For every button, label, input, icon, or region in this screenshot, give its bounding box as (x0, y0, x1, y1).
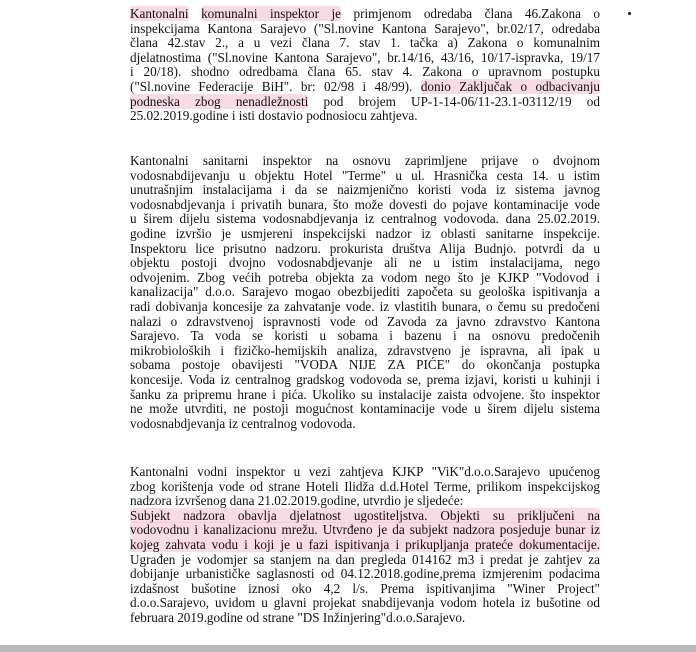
paragraph-komunalni-inspector: Kantonalni komunalni inspektor je primje… (130, 7, 600, 124)
text-segment: Ugrađen je vodomjer sa stanjem na dan pr… (130, 552, 600, 567)
text-segment: koncesije. Voda iz centralnog gradskog v… (130, 372, 600, 387)
highlighted-text: podneska zbog nenadležnosti (130, 94, 308, 109)
text-line: podneska zbog nenadležnosti pod brojem U… (130, 95, 600, 110)
text-segment: Kantonalni vodni inspektor u vezi zahtje… (130, 464, 600, 479)
text-segment: kanalizacija" d.o.o. Sarajevo mogao obez… (130, 284, 600, 299)
highlighted-text: komunalni inspektor je (201, 6, 341, 21)
text-line: zbog korištenja vode od strane Hoteli Il… (130, 480, 600, 495)
text-line: vodosnabdjevanja i privatih bunara, što … (130, 198, 600, 213)
scanned-document-page: Kantonalni komunalni inspektor je primje… (0, 0, 696, 645)
paragraph-vodni-inspector: Kantonalni vodni inspektor u vezi zahtje… (130, 465, 600, 626)
text-segment: primjenom odredaba člana 46.Zakona o (341, 6, 600, 21)
text-line: Sarajevo. Ta voda se koristi u sobama i … (130, 329, 600, 344)
highlighted-text: Kantonalni (130, 6, 189, 21)
text-line: u širem dijelu sistema vodosnabdjevanja … (130, 212, 600, 227)
text-line: objektu postoji dvojno vodosnabdjevanje … (130, 256, 600, 271)
text-line: Kantonalni vodni inspektor u vezi zahtje… (130, 465, 600, 480)
text-line: Kantonalni komunalni inspektor je primje… (130, 7, 600, 22)
text-line: inspekcijama Kantona Sarajevo ("Sl.novin… (130, 22, 600, 37)
text-line: djelatnostima ("Sl.novine Kantona Saraje… (130, 51, 600, 66)
text-line: ne može utvrditi, ne postoji mogućnost k… (130, 402, 600, 417)
text-line: dobijanje urbanističke saglasnosti od 04… (130, 567, 600, 582)
highlighted-text: donio Zaključak o odbacivanju (421, 79, 600, 94)
text-line: sobama postoje obavijesti "VODA NIJE ZA … (130, 358, 600, 373)
text-line: izdašnost bušotine iznosi oko 4,2 l/s. P… (130, 582, 600, 597)
text-line: unutrašnjim instalacijama i da se naizmj… (130, 183, 600, 198)
text-line: mikrobioloških i fizičko-hemijskih anali… (130, 344, 600, 359)
text-segment: mikrobioloških i fizičko-hemijskih anali… (130, 343, 600, 358)
highlighted-text: kojeg zahvata vodu i koji je u fazi ispi… (130, 537, 600, 552)
text-segment: radi dobivanja koncesije za zahvatanje v… (130, 299, 600, 314)
text-line: šanku za pripremu hrane i pića. Ukoliko … (130, 388, 600, 403)
text-line: godine izvršio je usmjereni inspekcijski… (130, 227, 600, 242)
text-segment: izdašnost bušotine iznosi oko 4,2 l/s. P… (130, 581, 600, 596)
text-segment: sobama postoje obavijesti "VODA NIJE ZA … (130, 357, 600, 372)
text-line: nadzora izvršenog dana 21.02.2019.godine… (130, 494, 600, 509)
text-line: Kantonalni sanitarni inspektor na osnovu… (130, 154, 600, 169)
text-line: Inspektoru lice prisutno nadzoru. prokur… (130, 242, 600, 257)
page-bottom-edge (0, 645, 696, 652)
text-line: d.o.o.Sarajevo, uvidom u glavni projekat… (130, 596, 600, 611)
text-line: koncesije. Voda iz centralnog gradskog v… (130, 373, 600, 388)
text-line: vodovodnu i kanalizacionu mrežu. Utvrđen… (130, 523, 600, 538)
text-segment: Kantonalni sanitarni inspektor na osnovu… (130, 153, 600, 168)
text-segment: inspekcijama Kantona Sarajevo ("Sl.novin… (130, 21, 600, 36)
text-segment: i 20/18). shodno odredbama člana 65. sta… (130, 64, 600, 79)
text-segment: šanku za pripremu hrane i pića. Ukoliko … (130, 387, 600, 402)
text-segment: člana 42.stav 2., a u vezi člana 7. stav… (130, 35, 600, 50)
text-line: vodosnabdjevanja iz centralnog vodovoda. (130, 417, 600, 432)
text-segment: zbog korištenja vode od strane Hoteli Il… (130, 479, 600, 494)
text-segment: u širem dijelu sistema vodosnabdjevanja … (130, 211, 600, 226)
highlighted-text: vodovodnu i kanalizacionu mrežu. Utvrđen… (130, 522, 600, 537)
text-segment: pod brojem UP-1-14-06/11-23.1-03112/19 o… (308, 94, 600, 109)
text-segment: vodosnabdjevanja iz centralnog vodovoda. (130, 416, 356, 431)
text-line: radi dobivanja koncesije za zahvatanje v… (130, 300, 600, 315)
text-line: februara 2019.godine od strane "DS Inžin… (130, 611, 600, 626)
text-line: člana 42.stav 2., a u vezi člana 7. stav… (130, 36, 600, 51)
text-line: Ugrađen je vodomjer sa stanjem na dan pr… (130, 553, 600, 568)
text-segment: nadzora izvršenog dana 21.02.2019.godine… (130, 493, 463, 508)
text-line: Subjekt nadzora obavlja djelatnost ugost… (130, 509, 600, 524)
text-segment: djelatnostima ("Sl.novine Kantona Saraje… (130, 50, 600, 65)
text-line: odvojenim. Zbog većih potreba objekta za… (130, 271, 600, 286)
stray-ink-mark (628, 12, 632, 16)
text-line: nalazi o zdravstvenoj ispravnosti vode o… (130, 315, 600, 330)
text-line: ("Sl.novine Federacije BiH". br: 02/98 i… (130, 80, 600, 95)
paragraph-sanitarni-inspector: Kantonalni sanitarni inspektor na osnovu… (130, 154, 600, 431)
text-segment: ("Sl.novine Federacije BiH". br: 02/98 i… (130, 79, 421, 94)
text-segment: odvojenim. Zbog većih potreba objekta za… (130, 270, 600, 285)
text-line: vodosnabdijevanju u objektu Hotel "Terme… (130, 169, 600, 184)
text-segment: ne može utvrditi, ne postoji mogućnost k… (130, 401, 600, 416)
text-segment: d.o.o.Sarajevo, uvidom u glavni projekat… (130, 595, 600, 610)
text-segment: unutrašnjim instalacijama i da se naizmj… (130, 182, 600, 197)
text-segment: 25.02.2019.godine i isti dostavio podnos… (130, 108, 418, 123)
text-line: kanalizacija" d.o.o. Sarajevo mogao obez… (130, 285, 600, 300)
text-line: kojeg zahvata vodu i koji je u fazi ispi… (130, 538, 600, 553)
text-segment: februara 2019.godine od strane "DS Inžin… (130, 610, 465, 625)
text-segment: Sarajevo. Ta voda se koristi u sobama i … (130, 328, 600, 343)
text-line: 25.02.2019.godine i isti dostavio podnos… (130, 109, 600, 124)
text-segment: vodosnabdjevanja i privatih bunara, što … (130, 197, 600, 212)
text-line: i 20/18). shodno odredbama člana 65. sta… (130, 65, 600, 80)
text-segment: nalazi o zdravstvenoj ispravnosti vode o… (130, 314, 600, 329)
text-segment: objektu postoji dvojno vodosnabdjevanje … (130, 255, 600, 270)
text-segment (189, 6, 201, 21)
text-segment: godine izvršio je usmjereni inspekcijski… (130, 226, 600, 241)
text-segment: Inspektoru lice prisutno nadzoru. prokur… (130, 241, 600, 256)
text-segment: vodosnabdijevanju u objektu Hotel "Terme… (130, 168, 600, 183)
highlighted-text: Subjekt nadzora obavlja djelatnost ugost… (130, 508, 600, 523)
text-segment: dobijanje urbanističke saglasnosti od 04… (130, 566, 600, 581)
